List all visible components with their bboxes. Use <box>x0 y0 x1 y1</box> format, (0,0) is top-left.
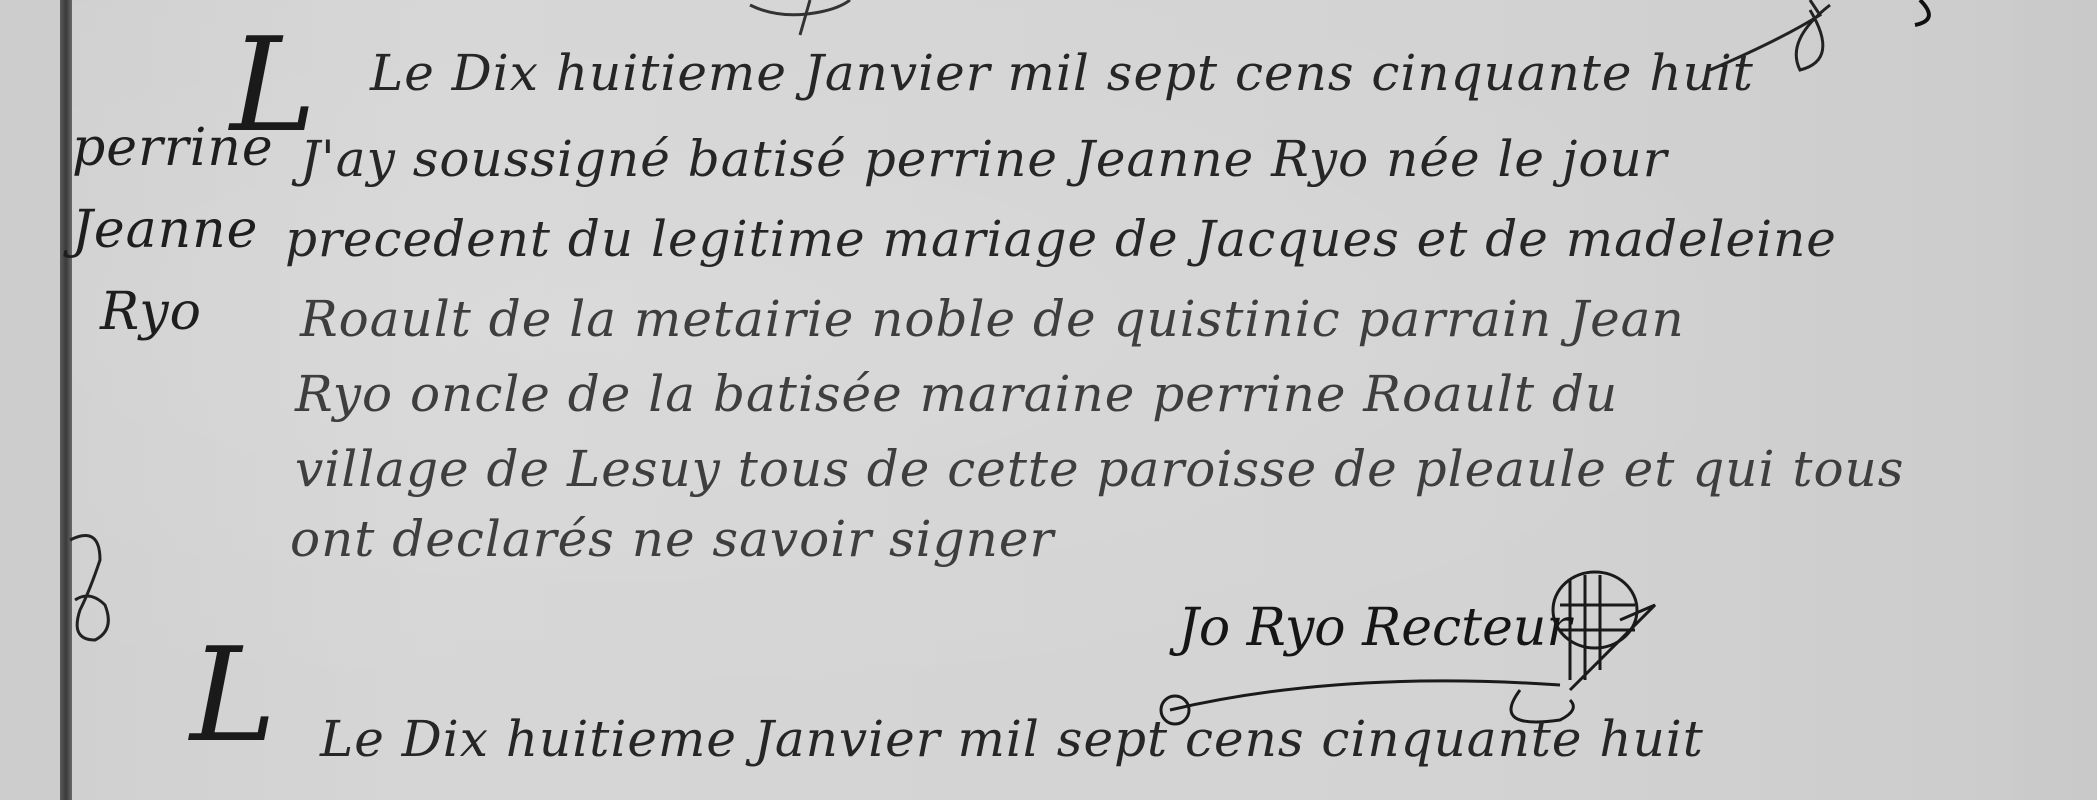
margin-rule-line <box>60 0 72 800</box>
entry-1-line-3: precedent du legitime mariage de Jacques… <box>285 210 1837 268</box>
page-right-edge <box>2002 0 2097 800</box>
margin-name-line-2: Jeanne <box>72 200 258 260</box>
entry-2-line-1: Le Dix huitieme Janvier mil sept cens ci… <box>320 710 1704 768</box>
entry-2-initial: L <box>190 630 276 760</box>
margin-flourish-icon <box>60 530 180 650</box>
margin-name-line-3: Ryo <box>100 282 202 342</box>
priest-signature: Jo Ryo Recteur <box>1178 598 1571 658</box>
entry-1-line-2: J'ay soussigné batisé perrine Jeanne Ryo… <box>300 130 1668 188</box>
entry-1-line-6: village de Lesuy tous de cette paroisse … <box>295 440 1904 498</box>
entry-1-line-1: Le Dix huitieme Janvier mil sept cens ci… <box>370 44 1754 102</box>
page-left-edge <box>0 0 60 800</box>
entry-1-line-7: ont declarés ne savoir signer <box>290 510 1054 568</box>
entry-1-line-5: Ryo oncle de la batisée maraine perrine … <box>295 365 1618 423</box>
entry-1-line-4: Roault de la metairie noble de quistinic… <box>300 290 1685 348</box>
flourish-decoration-icon <box>740 0 860 40</box>
register-page: perrine Jeanne Ryo L Le Dix huitieme Jan… <box>0 0 2097 800</box>
